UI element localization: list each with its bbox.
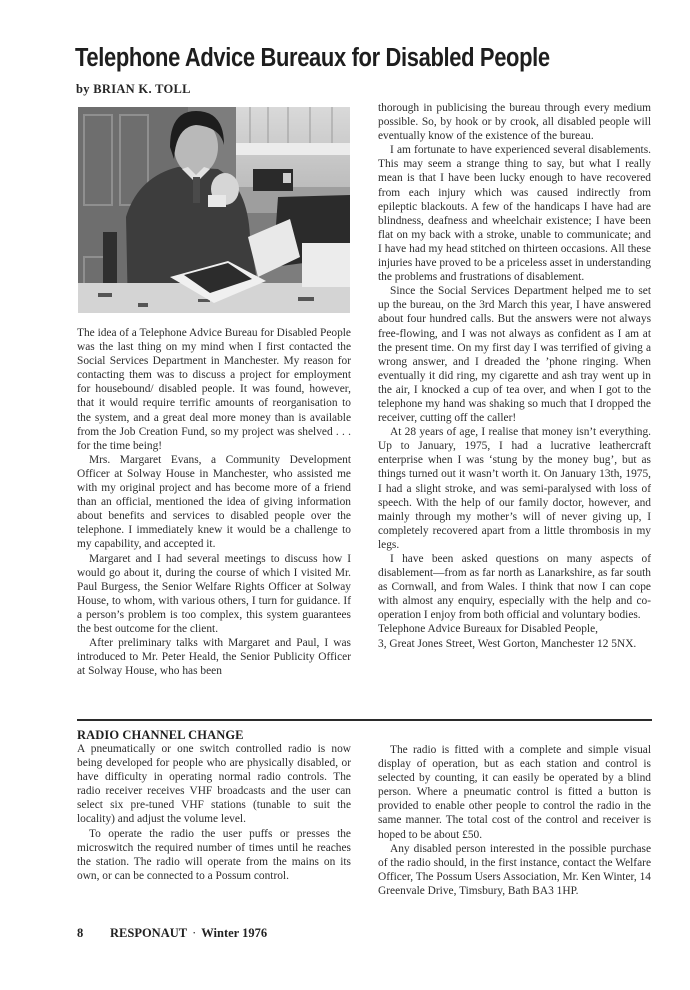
contact-address-line-2: 3, Great Jones Street, West Gorton, Manc…: [378, 637, 651, 651]
author-photo: [78, 107, 350, 313]
footer-separator: ·: [192, 926, 196, 940]
article-paragraph: I have been asked questions on many aspe…: [378, 552, 651, 622]
radio-column-right: The radio is fitted with a complete and …: [378, 743, 651, 898]
article-title: Telephone Advice Bureaux for Disabled Pe…: [75, 44, 557, 73]
radio-paragraph: A pneumatically or one switch controlled…: [77, 742, 351, 827]
article-paragraph: Since the Social Services Department hel…: [378, 284, 651, 425]
page-footer: 8RESPONAUT·Winter 1976: [77, 926, 267, 941]
article-paragraph: I am fortunate to have experienced sever…: [378, 143, 651, 284]
radio-section-heading: RADIO CHANNEL CHANGE: [77, 728, 244, 743]
article-paragraph: Margaret and I had several meetings to d…: [77, 552, 351, 637]
article-paragraph: At 28 years of age, I realise that money…: [378, 425, 651, 552]
article-column-left: The idea of a Telephone Advice Bureau fo…: [77, 326, 351, 678]
article-paragraph: Mrs. Margaret Evans, a Community Develop…: [77, 453, 351, 552]
contact-address-line-1: Telephone Advice Bureaux for Disabled Pe…: [378, 622, 651, 636]
issue-date: Winter 1976: [201, 926, 267, 940]
radio-paragraph: To operate the radio the user puffs or p…: [77, 827, 351, 883]
article-paragraph: thorough in publicising the bureau throu…: [378, 101, 651, 143]
article-paragraph: The idea of a Telephone Advice Bureau fo…: [77, 326, 351, 453]
section-divider: [77, 719, 652, 721]
radio-paragraph: Any disabled person interested in the po…: [378, 842, 651, 898]
publication-name: RESPONAUT: [110, 926, 187, 940]
photo-illustration: [78, 107, 350, 313]
article-paragraph: After preliminary talks with Margaret an…: [77, 636, 351, 678]
radio-paragraph: The radio is fitted with a complete and …: [378, 743, 651, 842]
article-column-right: thorough in publicising the bureau throu…: [378, 101, 651, 651]
page-number: 8: [77, 926, 110, 941]
article-byline: by BRIAN K. TOLL: [76, 82, 191, 97]
radio-column-left: A pneumatically or one switch controlled…: [77, 742, 351, 883]
